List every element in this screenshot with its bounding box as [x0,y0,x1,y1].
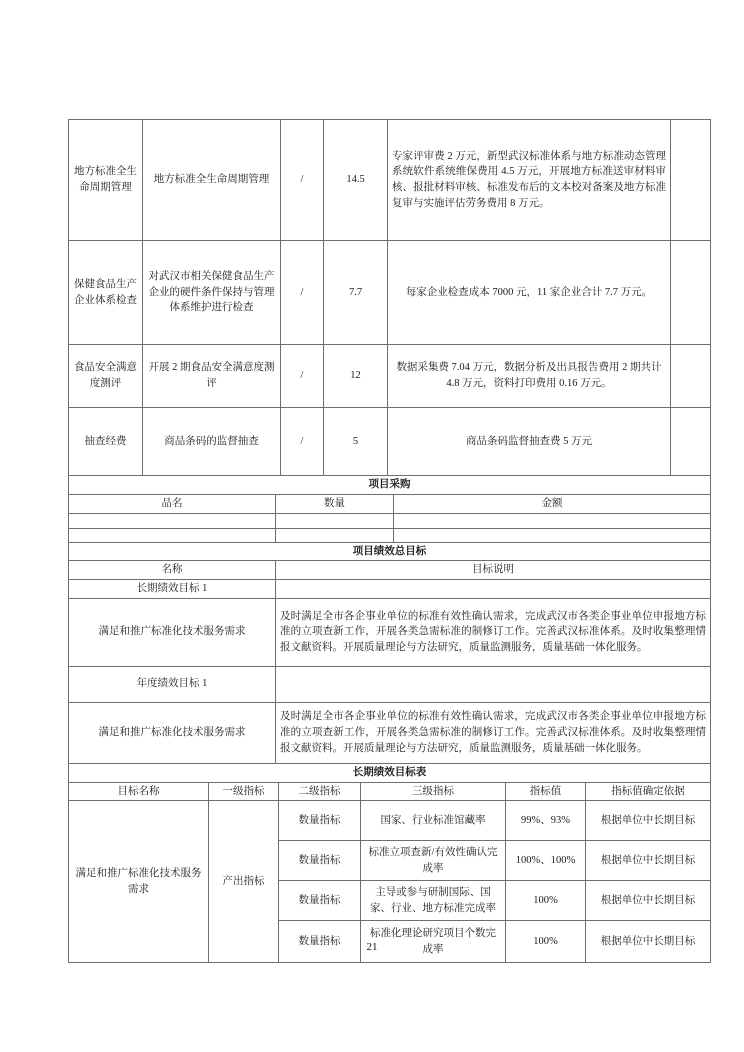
expense-detail-table: 地方标准全生命周期管理 地方标准全生命周期管理 / 14.5 专家评审费 2 万… [68,119,711,476]
expense-name: 食品安全满意度测评 [69,345,143,408]
column-header-mubiaoshuoming: 目标说明 [276,561,711,580]
indicator-basis: 根据单位中长期目标 [586,801,711,841]
goal-description: 及时满足全市各企事业单位的标准有效性确认需求，完成武汉市各类企事业单位申报地方标… [276,702,711,763]
empty-cell [671,408,711,476]
expense-remark: 每家企业检查成本 7000 元，11 家企业合计 7.7 万元。 [388,241,671,345]
expense-description: 对武汉市相关保健食品生产企业的硬件条件保持与管理体系维护进行检查 [143,241,281,345]
indicator-value: 99%、93% [506,801,586,841]
expense-col3: / [281,345,324,408]
procurement-amount [394,513,711,528]
indicator-level2: 数量指标 [279,881,361,921]
longterm-goal-table: 长期绩效目标表 目标名称 一级指标 二级指标 三级指标 指标值 指标值确定依据 … [68,763,711,964]
expense-remark: 商品条码监督抽查费 5 万元 [388,408,671,476]
table-row [69,513,711,528]
expense-remark: 专家评审费 2 万元，新型武汉标准体系与地方标准动态管理系统软件系统维保费用 4… [388,120,671,241]
column-header-shuliang: 数量 [276,494,394,513]
empty-cell [671,345,711,408]
column-header-goalname: 目标名称 [69,782,209,801]
indicator-level1: 产出指标 [209,801,279,963]
goal-name: 长期绩效目标 1 [69,580,276,599]
indicator-value: 100%、100% [506,841,586,881]
overall-goal-section-title: 项目绩效总目标 [69,542,711,561]
goal-name: 满足和推广标准化技术服务需求 [69,702,276,763]
page-number: 21 [0,941,744,953]
procurement-quantity [276,513,394,528]
procurement-table: 项目采购 品名 数量 金额 [68,475,711,543]
column-header-basis: 指标值确定依据 [586,782,711,801]
procurement-amount [394,528,711,542]
goal-description [276,580,711,599]
table-row: 年度绩效目标 1 [69,666,711,702]
table-row: 长期绩效目标 1 [69,580,711,599]
goal-description [276,666,711,702]
expense-name: 抽查经费 [69,408,143,476]
expense-description: 开展 2 期食品安全满意度测评 [143,345,281,408]
empty-cell [671,241,711,345]
column-header-jine: 金额 [394,494,711,513]
column-header-level2: 二级指标 [279,782,361,801]
section-title-row: 长期绩效目标表 [69,763,711,782]
expense-amount: 5 [324,408,388,476]
section-title-row: 项目绩效总目标 [69,542,711,561]
procurement-quantity [276,528,394,542]
indicator-level3: 国家、行业标准馆藏率 [361,801,506,841]
goal-name: 满足和推广标准化技术服务需求 [69,598,276,666]
indicator-basis: 根据单位中长期目标 [586,841,711,881]
expense-amount: 14.5 [324,120,388,241]
procurement-section-title: 项目采购 [69,476,711,495]
table-row: 食品安全满意度测评 开展 2 期食品安全满意度测评 / 12 数据采集费 7.0… [69,345,711,408]
column-header-value: 指标值 [506,782,586,801]
expense-col3: / [281,408,324,476]
document-page: 地方标准全生命周期管理 地方标准全生命周期管理 / 14.5 专家评审费 2 万… [0,0,744,1052]
indicator-level2: 数量指标 [279,801,361,841]
header-row: 名称 目标说明 [69,561,711,580]
expense-col3: / [281,241,324,345]
procurement-item-name [69,513,276,528]
header-row: 品名 数量 金额 [69,494,711,513]
expense-name: 地方标准全生命周期管理 [69,120,143,241]
longterm-section-title: 长期绩效目标表 [69,763,711,782]
page-content: 地方标准全生命周期管理 地方标准全生命周期管理 / 14.5 专家评审费 2 万… [68,119,710,963]
goal-description: 及时满足全市各企事业单位的标准有效性确认需求，完成武汉市各类企事业单位申报地方标… [276,598,711,666]
indicator-level2: 数量指标 [279,841,361,881]
indicator-basis: 根据单位中长期目标 [586,881,711,921]
table-row [69,528,711,542]
table-row: 满足和推广标准化技术服务需求 产出指标 数量指标 国家、行业标准馆藏率 99%、… [69,801,711,841]
indicator-goal-name: 满足和推广标准化技术服务需求 [69,801,209,963]
table-row: 地方标准全生命周期管理 地方标准全生命周期管理 / 14.5 专家评审费 2 万… [69,120,711,241]
expense-remark: 数据采集费 7.04 万元，数据分析及出具报告费用 2 期共计 4.8 万元，资… [388,345,671,408]
expense-description: 商品条码的监督抽查 [143,408,281,476]
column-header-mingcheng: 名称 [69,561,276,580]
column-header-level1: 一级指标 [209,782,279,801]
expense-description: 地方标准全生命周期管理 [143,120,281,241]
expense-amount: 7.7 [324,241,388,345]
header-row: 目标名称 一级指标 二级指标 三级指标 指标值 指标值确定依据 [69,782,711,801]
expense-amount: 12 [324,345,388,408]
indicator-level3: 主导或参与研制国际、国家、行业、地方标准完成率 [361,881,506,921]
table-row: 满足和推广标准化技术服务需求 及时满足全市各企事业单位的标准有效性确认需求，完成… [69,702,711,763]
procurement-item-name [69,528,276,542]
goal-name: 年度绩效目标 1 [69,666,276,702]
column-header-level3: 三级指标 [361,782,506,801]
expense-col3: / [281,120,324,241]
indicator-value: 100% [506,881,586,921]
table-row: 满足和推广标准化技术服务需求 及时满足全市各企事业单位的标准有效性确认需求，完成… [69,598,711,666]
indicator-level3: 标准立项查新/有效性确认完成率 [361,841,506,881]
section-title-row: 项目采购 [69,476,711,495]
table-row: 保健食品生产企业体系检查 对武汉市相关保健食品生产企业的硬件条件保持与管理体系维… [69,241,711,345]
empty-cell [671,120,711,241]
table-row: 抽查经费 商品条码的监督抽查 / 5 商品条码监督抽查费 5 万元 [69,408,711,476]
expense-name: 保健食品生产企业体系检查 [69,241,143,345]
overall-goal-table: 项目绩效总目标 名称 目标说明 长期绩效目标 1 满足和推广标准化技术服务需求 … [68,542,711,764]
column-header-pinming: 品名 [69,494,276,513]
